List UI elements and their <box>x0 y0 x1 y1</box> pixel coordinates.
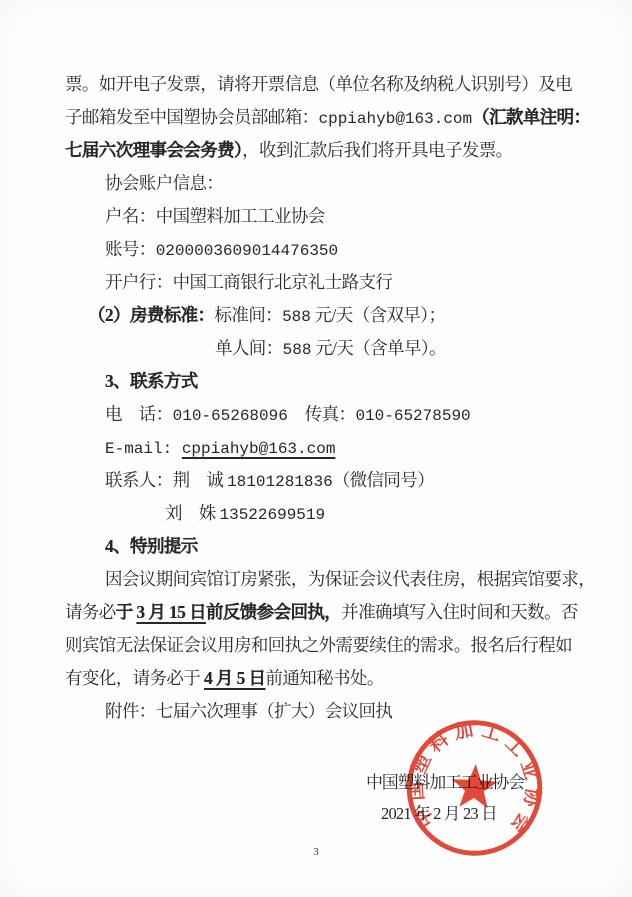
star-icon <box>451 763 499 809</box>
text-line: 刘 姝 13522699519 <box>65 497 572 530</box>
text-segment: 4 月 5 日 <box>204 668 265 688</box>
text-segment: 4、特别提示 <box>105 536 198 556</box>
text-segment: 附件：七届六次理事（扩大）会议回执 <box>105 701 392 721</box>
official-seal: 中国塑料加工工业协会 <box>399 711 549 864</box>
page-number: 3 <box>0 846 632 858</box>
document-body: 票。如开电子发票，请将开票信息（单位名称及纳税人识别号）及电子邮箱发至中国塑协会… <box>65 68 572 728</box>
text-segment: 010-65268096 <box>173 407 288 425</box>
text-segment: （微信同号） <box>333 470 434 490</box>
text-segment: 前通知秘书处。 <box>265 668 383 688</box>
text-segment: 元/天（含单早）。 <box>311 338 446 358</box>
text-segment: 联系人：荆 诚 <box>105 470 227 490</box>
text-segment: 开户行：中国工商银行北京礼士路支行 <box>105 272 392 292</box>
text-segment: 传真： <box>288 404 356 424</box>
text-segment: 588 <box>282 308 311 326</box>
text-line: 子邮箱发至中国塑协会员部邮箱：cppiahyb@163.com（汇款单注明： <box>65 101 572 134</box>
text-segment: 电 话： <box>105 404 173 424</box>
text-segment: 0200003609014476350 <box>156 242 338 260</box>
text-line: 单人间：588 元/天（含单早）。 <box>65 332 572 365</box>
text-segment: cppiahyb@163.com <box>182 440 336 458</box>
text-line: 户名：中国塑料加工工业协会 <box>65 200 572 233</box>
text-segment: 588 <box>283 341 312 359</box>
text-segment: ，收到汇款后我们将开具电子发票。 <box>242 140 512 160</box>
text-segment: 并准确填写入住时间和天数。否 <box>341 602 578 622</box>
text-line: 开户行：中国工商银行北京礼士路支行 <box>65 266 572 299</box>
text-segment: 单人间： <box>215 338 283 358</box>
text-line: 请务必于 3 月 15 日前反馈参会回执，并准确填写入住时间和天数。否 <box>65 596 572 629</box>
text-segment: 元/天（含双早）； <box>311 305 446 325</box>
text-segment: cppiahyb@163.com <box>319 110 473 128</box>
text-segment: 于 <box>116 602 137 622</box>
text-segment: 子邮箱发至中国塑协会员部邮箱： <box>65 107 319 127</box>
text-line: （2）房费标准：标准间：588 元/天（含双早）； <box>65 299 572 332</box>
text-line: 联系人：荆 诚 18101281836（微信同号） <box>65 464 572 497</box>
text-line: 4、特别提示 <box>65 530 572 563</box>
text-segment: 账号： <box>105 239 156 259</box>
text-segment: E-mail: <box>105 440 182 458</box>
document-page: 票。如开电子发票，请将开票信息（单位名称及纳税人识别号）及电子邮箱发至中国塑协会… <box>0 0 632 897</box>
text-segment: 3 月 15 日 <box>136 602 206 622</box>
text-segment: （2）房费标准： <box>88 305 214 325</box>
text-segment: 协会账户信息： <box>105 173 223 193</box>
text-segment: 010-65278590 <box>355 407 470 425</box>
text-line: 电 话：010-65268096 传真：010-65278590 <box>65 398 572 431</box>
text-line: 账号：0200003609014476350 <box>65 233 572 266</box>
text-line: 3、联系方式 <box>65 365 572 398</box>
text-segment: 3、联系方式 <box>105 371 198 391</box>
text-segment: 13522699519 <box>219 506 325 524</box>
text-segment: 因会议期间宾馆订房紧张，为保证会议代表住房，根据宾馆要求， <box>105 569 595 589</box>
text-line: 票。如开电子发票，请将开票信息（单位名称及纳税人识别号）及电 <box>65 68 572 101</box>
text-segment: 户名：中国塑料加工工业协会 <box>105 206 325 226</box>
text-segment: 请务必 <box>65 602 116 622</box>
text-segment: 票。如开电子发票，请将开票信息（单位名称及纳税人识别号）及电 <box>65 74 572 94</box>
text-segment: 18101281836 <box>227 473 333 491</box>
text-segment: 前反馈参会回执， <box>206 602 341 622</box>
text-segment: 刘 姝 <box>165 503 219 523</box>
text-segment: 有变化，请务必于 <box>65 668 204 688</box>
text-line: 有变化，请务必于 4 月 5 日前通知秘书处。 <box>65 662 572 695</box>
text-segment: 标准间： <box>214 305 282 325</box>
text-line: 七届六次理事会会务费），收到汇款后我们将开具电子发票。 <box>65 134 572 167</box>
text-line: 则宾馆无法保证会议用房和回执之外需要续住的需求。报名后行程如 <box>65 629 572 662</box>
text-line: 协会账户信息： <box>65 167 572 200</box>
text-segment: 七届六次理事会会务费） <box>65 140 242 160</box>
text-segment: 则宾馆无法保证会议用房和回执之外需要续住的需求。报名后行程如 <box>65 635 572 655</box>
text-segment: （汇款单注明： <box>472 107 590 127</box>
text-line: E-mail: cppiahyb@163.com <box>65 431 572 464</box>
text-line: 因会议期间宾馆订房紧张，为保证会议代表住房，根据宾馆要求， <box>65 563 572 596</box>
